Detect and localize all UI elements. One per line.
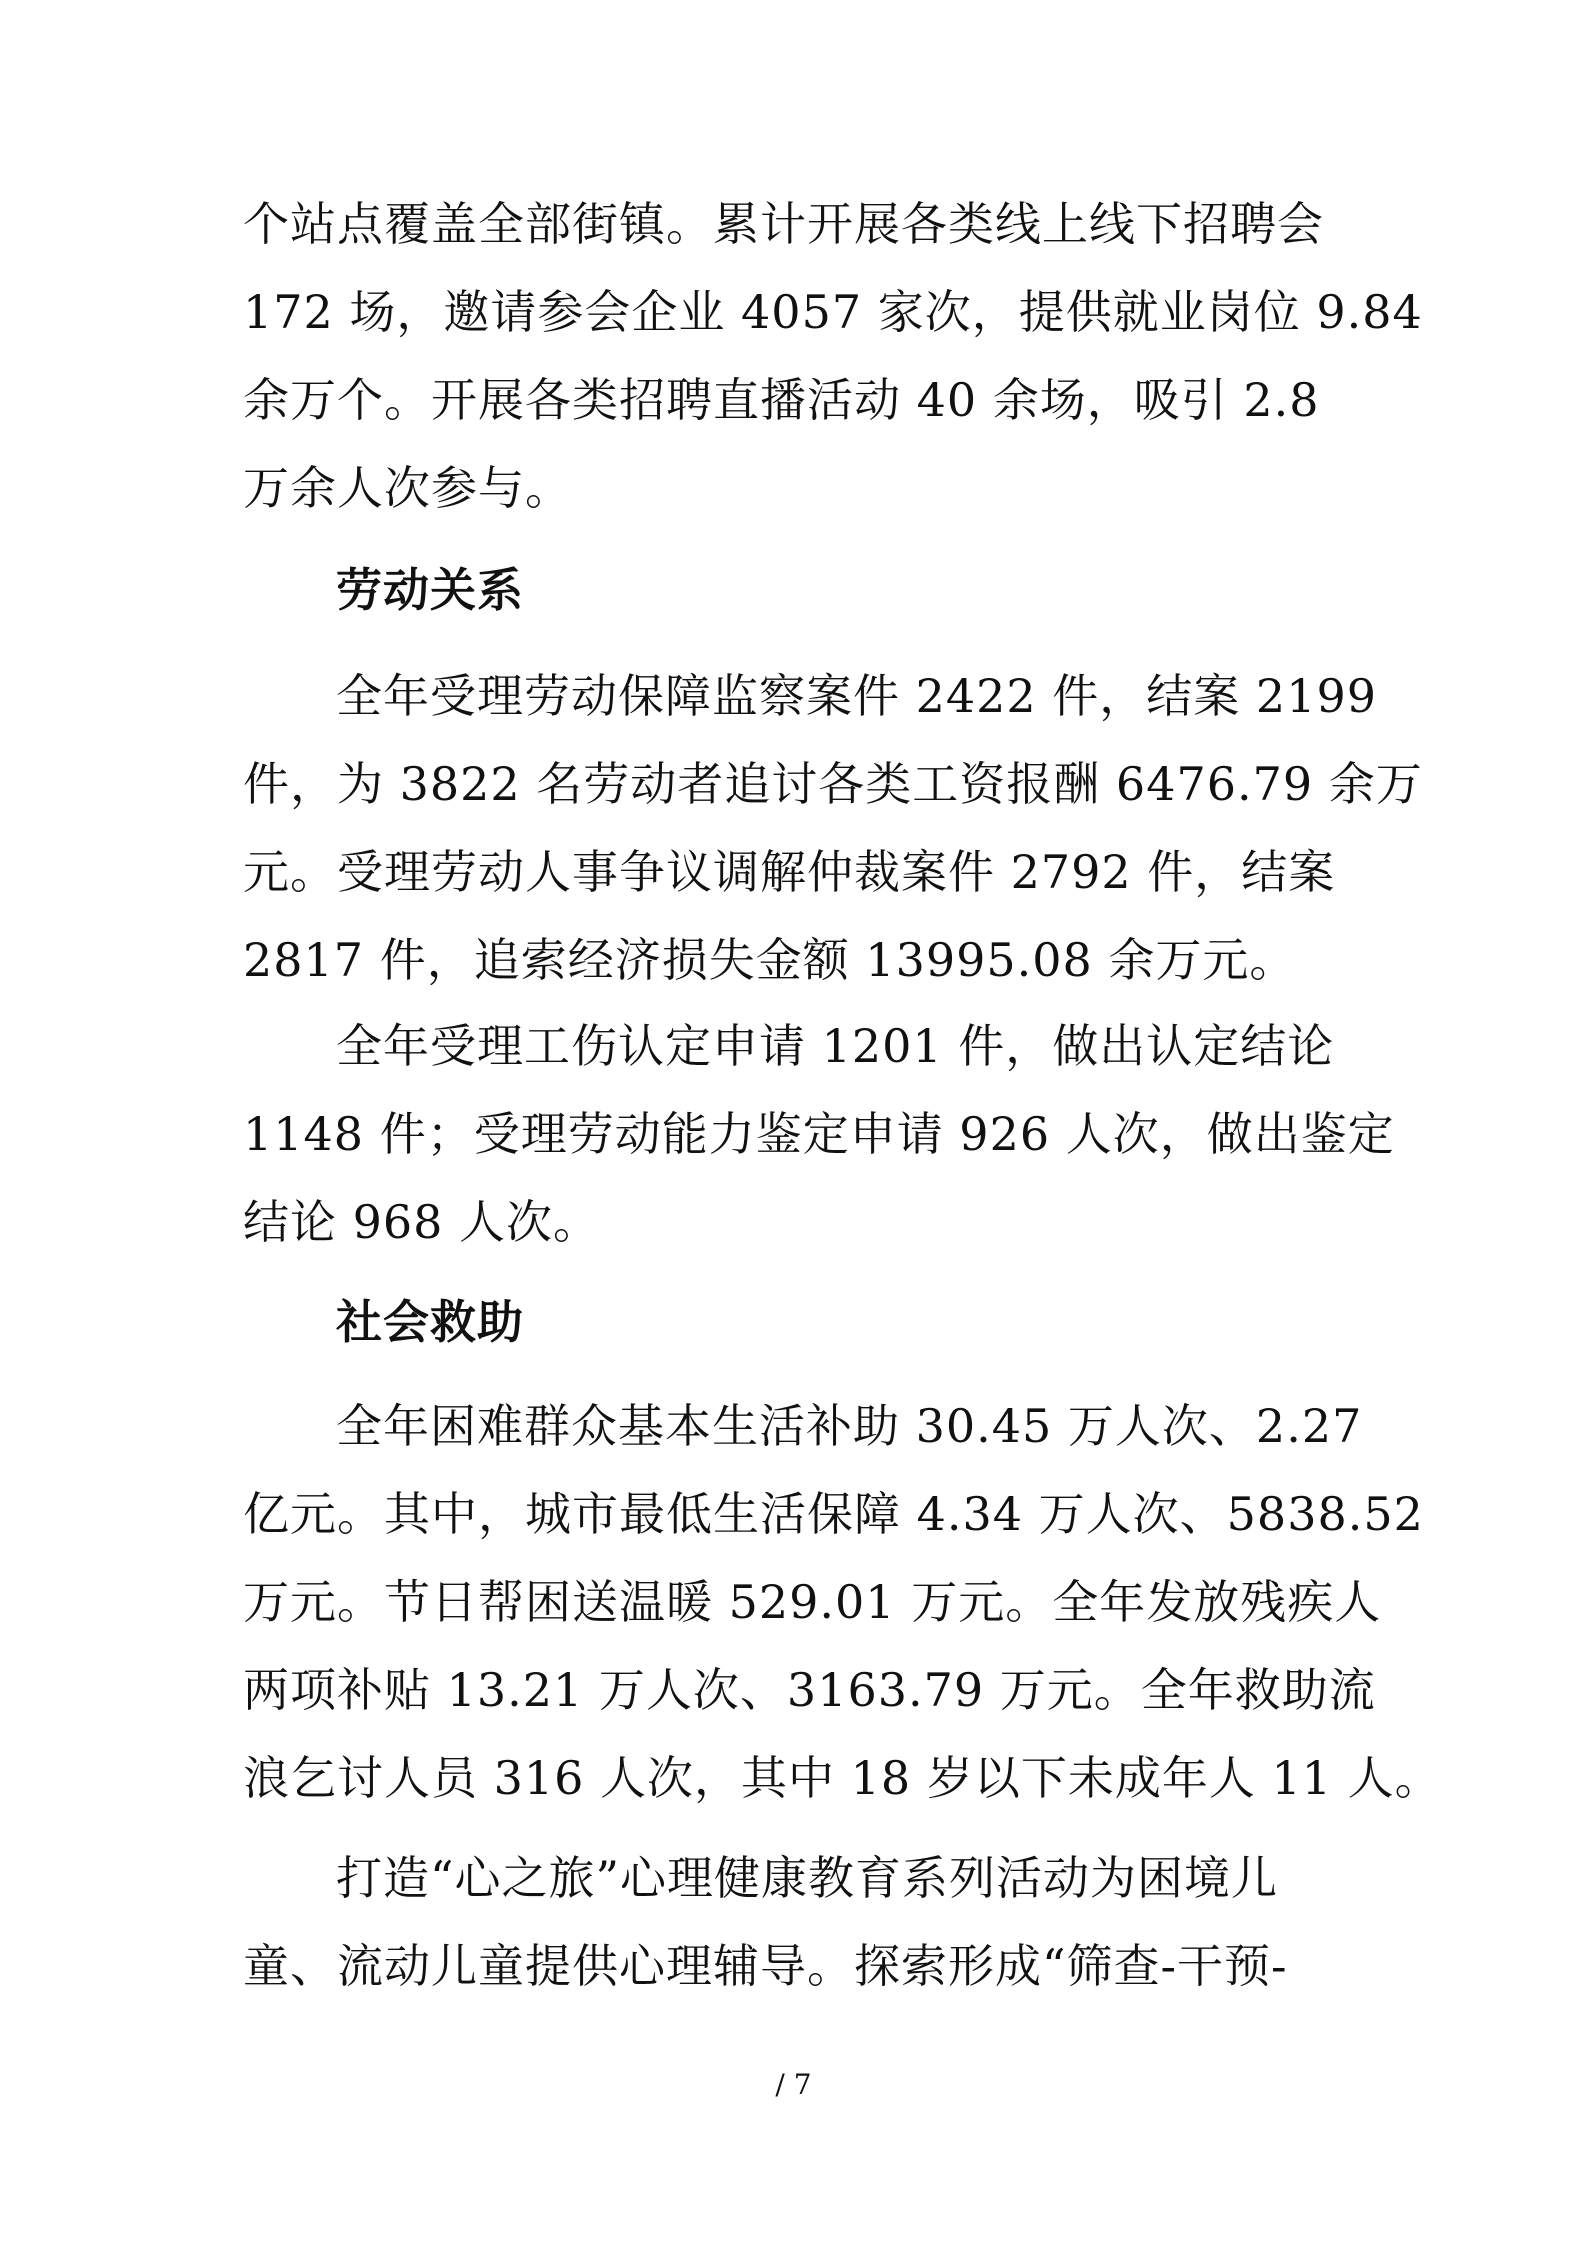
body-line: 172 场，邀请参会企业 4057 家次，提供就业岗位 9.84 xyxy=(243,280,1423,344)
section-heading-social-assistance: 社会救助 xyxy=(336,1290,524,1354)
page-number: / 7 xyxy=(0,2065,1587,2105)
section-heading-labor-relations: 劳动关系 xyxy=(336,558,524,622)
body-line: 全年受理劳动保障监察案件 2422 件，结案 2199 xyxy=(336,664,1377,728)
body-line: 亿元。其中，城市最低生活保障 4.34 万人次、5838.52 xyxy=(243,1482,1424,1546)
body-line: 两项补贴 13.21 万人次、3163.79 万元。全年救助流 xyxy=(243,1658,1376,1722)
body-line: 余万个。开展各类招聘直播活动 40 余场，吸引 2.8 xyxy=(243,368,1320,432)
body-line: 全年受理工伤认定申请 1201 件，做出认定结论 xyxy=(336,1014,1334,1078)
body-line: 万元。节日帮困送温暖 529.01 万元。全年发放残疾人 xyxy=(243,1570,1381,1634)
body-line: 件，为 3822 名劳动者追讨各类工资报酬 6476.79 余万 xyxy=(243,752,1423,816)
body-line: 2817 件，追索经济损失金额 13995.08 余万元。 xyxy=(243,928,1296,992)
body-line: 全年困难群众基本生活补助 30.45 万人次、2.27 xyxy=(336,1394,1362,1458)
document-page: 个站点覆盖全部街镇。累计开展各类线上线下招聘会 172 场，邀请参会企业 405… xyxy=(0,0,1587,2245)
body-line: 打造“心之旅”心理健康教育系列活动为困境儿 xyxy=(336,1846,1278,1910)
body-line: 1148 件；受理劳动能力鉴定申请 926 人次，做出鉴定 xyxy=(243,1102,1395,1166)
body-line: 万余人次参与。 xyxy=(243,456,572,520)
body-line: 童、流动儿童提供心理辅导。探索形成“筛查-干预- xyxy=(243,1934,1288,1998)
body-line: 个站点覆盖全部街镇。累计开展各类线上线下招聘会 xyxy=(243,192,1324,256)
body-line: 结论 968 人次。 xyxy=(243,1190,600,1254)
body-line: 元。受理劳动人事争议调解仲裁案件 2792 件，结案 xyxy=(243,840,1335,904)
body-line: 浪乞讨人员 316 人次，其中 18 岁以下未成年人 11 人。 xyxy=(243,1746,1442,1810)
